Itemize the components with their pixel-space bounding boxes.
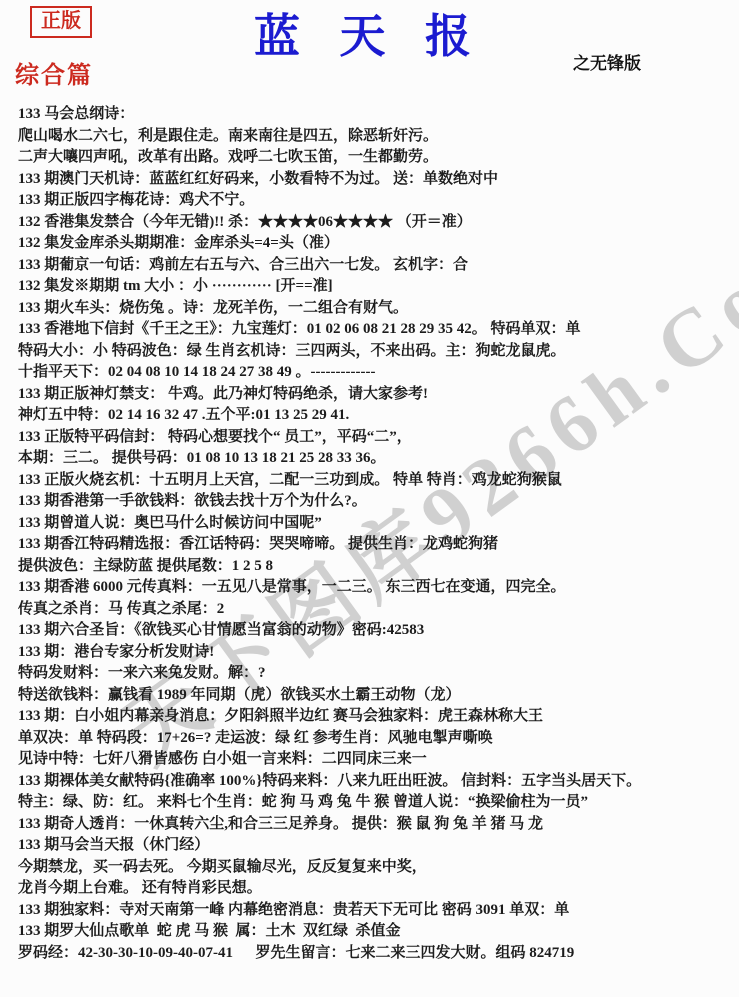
report-line: 特主：绿、防：红。 来料七个生肖：蛇 狗 马 鸡 兔 牛 猴 曾道人说：“换梁偷… xyxy=(18,792,737,814)
report-line: 本期：三二。 提供号码：01 08 10 13 18 21 25 28 33 3… xyxy=(18,448,737,470)
report-line: 133 香港地下信封《千王之王》：九宝莲灯：01 02 06 08 21 28 … xyxy=(18,319,737,341)
report-line: 133 期香港 6000 元传真料：一五见八是常事，一二三。 东三西七在变通，四… xyxy=(18,577,737,599)
report-line: 133 期曾道人说：奥巴马什么时候访问中国呢” xyxy=(18,513,737,535)
report-line: 133 期独家料：寺对天南第一峰 内幕绝密消息：贵若天下无可比 密码 3091 … xyxy=(18,900,737,922)
report-line: 132 香港集发禁合（今年无错)!! 杀：★★★★06★★★★ （开＝准） xyxy=(18,212,737,234)
report-line: 见诗中特：七奸八猾皆感伤 白小姐一言来料：二四同床三来一 xyxy=(18,749,737,771)
report-line: 龙肖今期上台难。 还有特肖彩民想。 xyxy=(18,878,737,900)
report-line: 133 正版特平码信封： 特码心想要找个“ 员工”，平码“二”， xyxy=(18,427,737,449)
report-line: 133 期马会当天报（休门经） xyxy=(18,835,737,857)
report-body: 133 马会总纲诗： 爬山喝水二六七，利是跟住走。南来南往是四五，除恶斩奸污。 … xyxy=(18,104,737,964)
report-line: 133 期香江特码精选报：香江话特码：哭哭啼啼。 提供生肖：龙鸡蛇狗猪 xyxy=(18,534,737,556)
report-line: 特送欲钱料：赢钱看 1989 年同期（虎）欲钱买水土霸王动物（龙） xyxy=(18,685,737,707)
report-line: 特码大小：小 特码波色：绿 生肖玄机诗：三四两头，不来出码。主：狗蛇龙鼠虎。 xyxy=(18,341,737,363)
report-line: 爬山喝水二六七，利是跟住走。南来南往是四五，除恶斩奸污。 xyxy=(18,126,737,148)
report-line: 133 马会总纲诗： xyxy=(18,104,737,126)
report-line: 133 期澳门天机诗：蓝蓝红红好码来，小数看特不为过。 送：单数绝对中 xyxy=(18,169,737,191)
section-heading: 综合篇 xyxy=(15,55,93,90)
report-line: 133 期罗大仙点歌单 蛇 虎 马 猴 属：土木 双红绿 杀值金 xyxy=(18,921,737,943)
report-line: 133 期正版神灯禁支： 牛鸡。此乃神灯特码绝杀，请大家参考! xyxy=(18,384,737,406)
report-line: 单双决：单 特码段：17+26=? 走运波：绿 红 参考生肖：风驰电掣声嘶唤 xyxy=(18,728,737,750)
report-line: 今期禁龙，买一码去死。 今期买鼠输尽光，反反复复来中奖， xyxy=(18,857,737,879)
report-line: 罗码经：42-30-30-10-09-40-07-41 罗先生留言：七来二来三四… xyxy=(18,943,737,965)
report-line: 133 期奇人透肖：一休真转六尘,和合三三足养身。 提供：猴 鼠 狗 兔 羊 猪… xyxy=(18,814,737,836)
report-line: 133 期火车头：烧伤兔 。诗：龙死羊伤，一二组合有财气。 xyxy=(18,298,737,320)
report-line: 133 期：白小姐内幕亲身消息：夕阳斜照半边红 赛马会独家料：虎王森林称大王 xyxy=(18,706,737,728)
report-line: 传真之杀肖：马 传真之杀尾：2 xyxy=(18,599,737,621)
report-line: 133 期六合圣旨：《欲钱买心甘情愿当富翁的动物》密码:42583 xyxy=(18,620,737,642)
report-line: 提供波色：主绿防蓝 提供尾数：1 2 5 8 xyxy=(18,556,737,578)
report-line: 133 期裸体美女献特码{准确率 100%}特码来料：八来九旺出旺波。 信封料：… xyxy=(18,771,737,793)
report-line: 133 正版火烧玄机：十五明月上天宫，二配一三功到成。 特单 特肖：鸡龙蛇狗猴鼠 xyxy=(18,470,737,492)
report-line: 十指平天下：02 04 08 10 14 18 24 27 38 49 。---… xyxy=(18,362,737,384)
report-line: 神灯五中特：02 14 16 32 47 .五个平:01 13 25 29 41… xyxy=(18,405,737,427)
report-line: 133 期葡京一句话：鸡前左右五与六、合三出六一七发。 玄机字：合 xyxy=(18,255,737,277)
report-line: 132 集发金库杀头期期准：金库杀头=4=头（准） xyxy=(18,233,737,255)
report-line: 132 集发※期期 tm 大小 ：小 ············ [开==准] xyxy=(18,276,737,298)
edition-label: 之无锋版 xyxy=(573,49,641,74)
report-line: 二声大嚷四声吼，改革有出路。戏呼二七吹玉笛，一生都勤劳。 xyxy=(18,147,737,169)
report-line: 133 期香港第一手欲钱料：欲钱去找十万个为什么?。 xyxy=(18,491,737,513)
report-line: 特码发财料：一来六来兔发财。解：? xyxy=(18,663,737,685)
report-line: 133 期：港台专家分析发财诗! xyxy=(18,642,737,664)
report-page: 天下图库9266h.Com 正版 蓝 天 报 之无锋版 综合篇 133 马会总纲… xyxy=(0,0,739,997)
report-line: 133 期正版四字梅花诗：鸡犬不宁。 xyxy=(18,190,737,212)
